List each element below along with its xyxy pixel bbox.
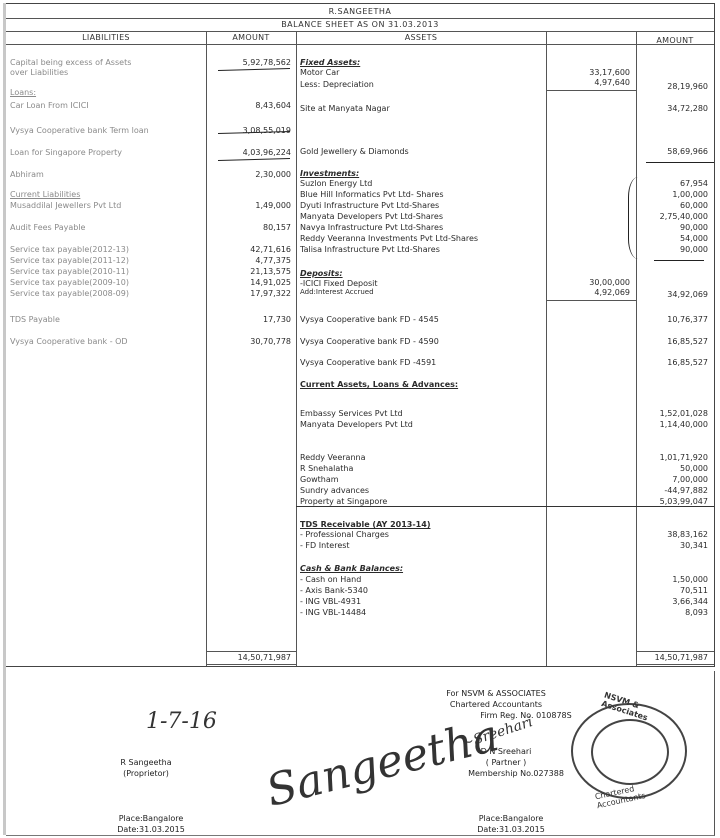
divider bbox=[206, 651, 296, 652]
pen-mark bbox=[646, 162, 714, 163]
liability-label: Audit Fees Payable bbox=[10, 223, 85, 233]
asset-amount: 58,69,966 bbox=[636, 147, 708, 157]
entity-name: R.SANGEETHA bbox=[6, 7, 714, 16]
date-right: Date:31.03.2015 bbox=[446, 825, 576, 834]
current-asset-amount: 1,14,40,000 bbox=[636, 420, 708, 430]
liability-amount: 1,49,000 bbox=[206, 201, 291, 211]
balance-sheet-table: R.SANGEETHA BALANCE SHEET AS ON 31.03.20… bbox=[6, 3, 715, 667]
asset-amount: 34,72,280 bbox=[636, 104, 708, 114]
current-asset-label: R Snehalatha bbox=[300, 464, 353, 474]
stamp-inner-ring bbox=[591, 719, 669, 785]
tds-heading: TDS Receivable (AY 2013-14) bbox=[300, 520, 430, 530]
investment-label: Blue Hill Informatics Pvt Ltd- Shares bbox=[300, 190, 444, 200]
col-header-assets: ASSETS bbox=[296, 33, 546, 42]
investment-amount: 67,954 bbox=[636, 179, 708, 189]
divider bbox=[206, 664, 296, 665]
divider bbox=[636, 664, 714, 665]
investment-label: Suzlon Energy Ltd bbox=[300, 179, 372, 189]
asset-label: Less: Depreciation bbox=[300, 80, 374, 90]
investment-label: Dyuti Infrastructure Pvt Ltd-Shares bbox=[300, 201, 439, 211]
proprietor-name: R Sangeetha bbox=[101, 758, 191, 767]
col-header-amount-right: AMOUNT bbox=[636, 36, 714, 45]
date-left: Date:31.03.2015 bbox=[101, 825, 201, 834]
liability-amount: 42,71,616 bbox=[206, 245, 291, 255]
liability-amount: 80,157 bbox=[206, 223, 291, 233]
cash-heading: Cash & Bank Balances: bbox=[300, 564, 403, 574]
current-asset-label: Sundry advances bbox=[300, 486, 369, 496]
tds-label: - Professional Charges bbox=[300, 530, 389, 540]
firm-type: Chartered Accountants bbox=[406, 700, 586, 709]
liability-amount: 4,77,375 bbox=[206, 256, 291, 266]
current-asset-label: Reddy Veeranna bbox=[300, 453, 365, 463]
asset-label: Site at Manyata Nagar bbox=[300, 104, 390, 114]
cash-amount: 1,50,000 bbox=[636, 575, 708, 585]
liability-label: Service tax payable(2009-10) bbox=[10, 278, 129, 288]
investment-label: Navya Infrastructure Pvt Ltd-Shares bbox=[300, 223, 443, 233]
col-header-amount-left: AMOUNT bbox=[206, 33, 296, 42]
liability-heading: Loans: bbox=[10, 88, 36, 98]
tds-amount: 38,83,162 bbox=[636, 530, 708, 540]
current-asset-label: Property at Singapore bbox=[300, 497, 387, 507]
deposits-heading: Deposits: bbox=[300, 269, 343, 279]
divider bbox=[6, 44, 714, 45]
current-asset-label: Gowtham bbox=[300, 475, 339, 485]
fd-label: Vysya Cooperative bank FD -4591 bbox=[300, 358, 436, 368]
liability-label: Service tax payable(2011-12) bbox=[10, 256, 129, 266]
asset-sub-amount: 33,17,600 bbox=[546, 68, 630, 78]
current-asset-amount: -44,97,882 bbox=[636, 486, 708, 496]
current-asset-amount: 1,01,71,920 bbox=[636, 453, 708, 463]
handwritten-initials: 1-7-16 bbox=[146, 709, 217, 734]
current-asset-label: Manyata Developers Pvt Ltd bbox=[300, 420, 413, 430]
liability-label: Capital being excess of Assets bbox=[10, 58, 131, 68]
liability-label: Service tax payable(2012-13) bbox=[10, 245, 129, 255]
investment-amount: 60,000 bbox=[636, 201, 708, 211]
firm-name: For NSVM & ASSOCIATES bbox=[406, 689, 586, 698]
current-assets-heading: Current Assets, Loans & Advances: bbox=[300, 380, 458, 390]
liability-amount: 17,730 bbox=[206, 315, 291, 325]
asset-amount: 34,92,069 bbox=[636, 290, 708, 300]
divider bbox=[636, 651, 714, 652]
asset-label: Motor Car bbox=[300, 68, 339, 78]
liability-label: Musaddilal Jewellers Pvt Ltd bbox=[10, 201, 121, 211]
cash-label: - ING VBL-4931 bbox=[300, 597, 361, 607]
cash-label: - Axis Bank-5340 bbox=[300, 586, 368, 596]
investment-amount: 54,000 bbox=[636, 234, 708, 244]
asset-sub-amount: 30,00,000 bbox=[546, 278, 630, 288]
liability-label: over Liabilities bbox=[10, 68, 68, 78]
assets-total: 14,50,71,987 bbox=[636, 653, 708, 663]
asset-sub-amount: 4,92,069 bbox=[546, 288, 630, 298]
liability-amount: 14,91,025 bbox=[206, 278, 291, 288]
liability-label: Vysya Cooperative bank - OD bbox=[10, 337, 128, 347]
tds-label: - FD Interest bbox=[300, 541, 350, 551]
asset-amount: 28,19,960 bbox=[636, 82, 708, 92]
fd-amount: 16,85,527 bbox=[636, 337, 708, 347]
fixed-assets-heading: Fixed Assets: bbox=[300, 58, 360, 68]
cash-label: - ING VBL-14484 bbox=[300, 608, 366, 618]
current-asset-label: Embassy Services Pvt Ltd bbox=[300, 409, 403, 419]
liability-amount: 8,43,604 bbox=[206, 101, 291, 111]
liability-label: Car Loan From ICICI bbox=[10, 101, 89, 111]
liability-label: Service tax payable(2008-09) bbox=[10, 289, 129, 299]
balance-sheet-page: R.SANGEETHA BALANCE SHEET AS ON 31.03.20… bbox=[3, 3, 718, 835]
cash-amount: 70,511 bbox=[636, 586, 708, 596]
liability-label: Vysya Cooperative bank Term loan bbox=[10, 126, 149, 136]
asset-label: Add:Interest Accrued bbox=[300, 287, 374, 297]
cash-label: - Cash on Hand bbox=[300, 575, 361, 585]
pen-mark bbox=[654, 260, 704, 261]
pen-mark bbox=[218, 68, 290, 71]
investment-label: Talisa Infrastructure Pvt Ltd-Shares bbox=[300, 245, 440, 255]
investments-heading: Investments: bbox=[300, 169, 359, 179]
column-divider bbox=[546, 31, 547, 666]
liability-amount: 3,08,55,019 bbox=[206, 126, 291, 136]
divider bbox=[6, 31, 714, 32]
tds-amount: 30,341 bbox=[636, 541, 708, 551]
subtotal-line bbox=[546, 300, 636, 301]
investment-amount: 1,00,000 bbox=[636, 190, 708, 200]
divider bbox=[6, 18, 714, 19]
investment-amount: 2,75,40,000 bbox=[636, 212, 708, 222]
current-asset-amount: 5,03,99,047 bbox=[636, 497, 708, 507]
subtotal-line bbox=[546, 90, 636, 91]
liability-label: Abhiram bbox=[10, 170, 44, 180]
liability-label: TDS Payable bbox=[10, 315, 60, 325]
sheet-title: BALANCE SHEET AS ON 31.03.2013 bbox=[6, 20, 714, 29]
current-asset-amount: 1,52,01,028 bbox=[636, 409, 708, 419]
firm-stamp: NSVM & Associates Chartered Accountants bbox=[571, 703, 687, 799]
place-right: Place:Bangalore bbox=[446, 814, 576, 823]
liability-amount: 2,30,000 bbox=[206, 170, 291, 180]
liability-amount: 4,03,96,224 bbox=[206, 148, 291, 158]
liabilities-total: 14,50,71,987 bbox=[206, 653, 291, 663]
col-header-liabilities: LIABILITIES bbox=[6, 33, 206, 42]
investment-label: Manyata Developers Pvt Ltd-Shares bbox=[300, 212, 443, 222]
asset-label: Gold Jewellery & Diamonds bbox=[300, 147, 409, 157]
place-left: Place:Bangalore bbox=[101, 814, 201, 823]
cash-amount: 8,093 bbox=[636, 608, 708, 618]
column-divider bbox=[636, 31, 637, 666]
investment-label: Reddy Veeranna Investments Pvt Ltd-Share… bbox=[300, 234, 478, 244]
fd-amount: 16,85,527 bbox=[636, 358, 708, 368]
column-divider bbox=[296, 31, 297, 666]
current-asset-amount: 7,00,000 bbox=[636, 475, 708, 485]
liability-amount: 30,70,778 bbox=[206, 337, 291, 347]
investment-amount: 90,000 bbox=[636, 223, 708, 233]
liability-amount: 17,97,322 bbox=[206, 289, 291, 299]
liability-heading: Current Liabilities bbox=[10, 190, 80, 200]
fd-label: Vysya Cooperative bank FD - 4590 bbox=[300, 337, 439, 347]
liability-amount: 5,92,78,562 bbox=[206, 58, 291, 68]
current-asset-amount: 50,000 bbox=[636, 464, 708, 474]
asset-sub-amount: 4,97,640 bbox=[546, 78, 630, 88]
fd-amount: 10,76,377 bbox=[636, 315, 708, 325]
cash-amount: 3,66,344 bbox=[636, 597, 708, 607]
fd-label: Vysya Cooperative bank FD - 4545 bbox=[300, 315, 439, 325]
investment-amount: 90,000 bbox=[636, 245, 708, 255]
proprietor-role: (Proprietor) bbox=[101, 769, 191, 778]
liability-label: Loan for Singapore Property bbox=[10, 148, 122, 158]
pen-mark bbox=[218, 158, 290, 161]
liability-label: Service tax payable(2010-11) bbox=[10, 267, 129, 277]
liability-amount: 21,13,575 bbox=[206, 267, 291, 277]
